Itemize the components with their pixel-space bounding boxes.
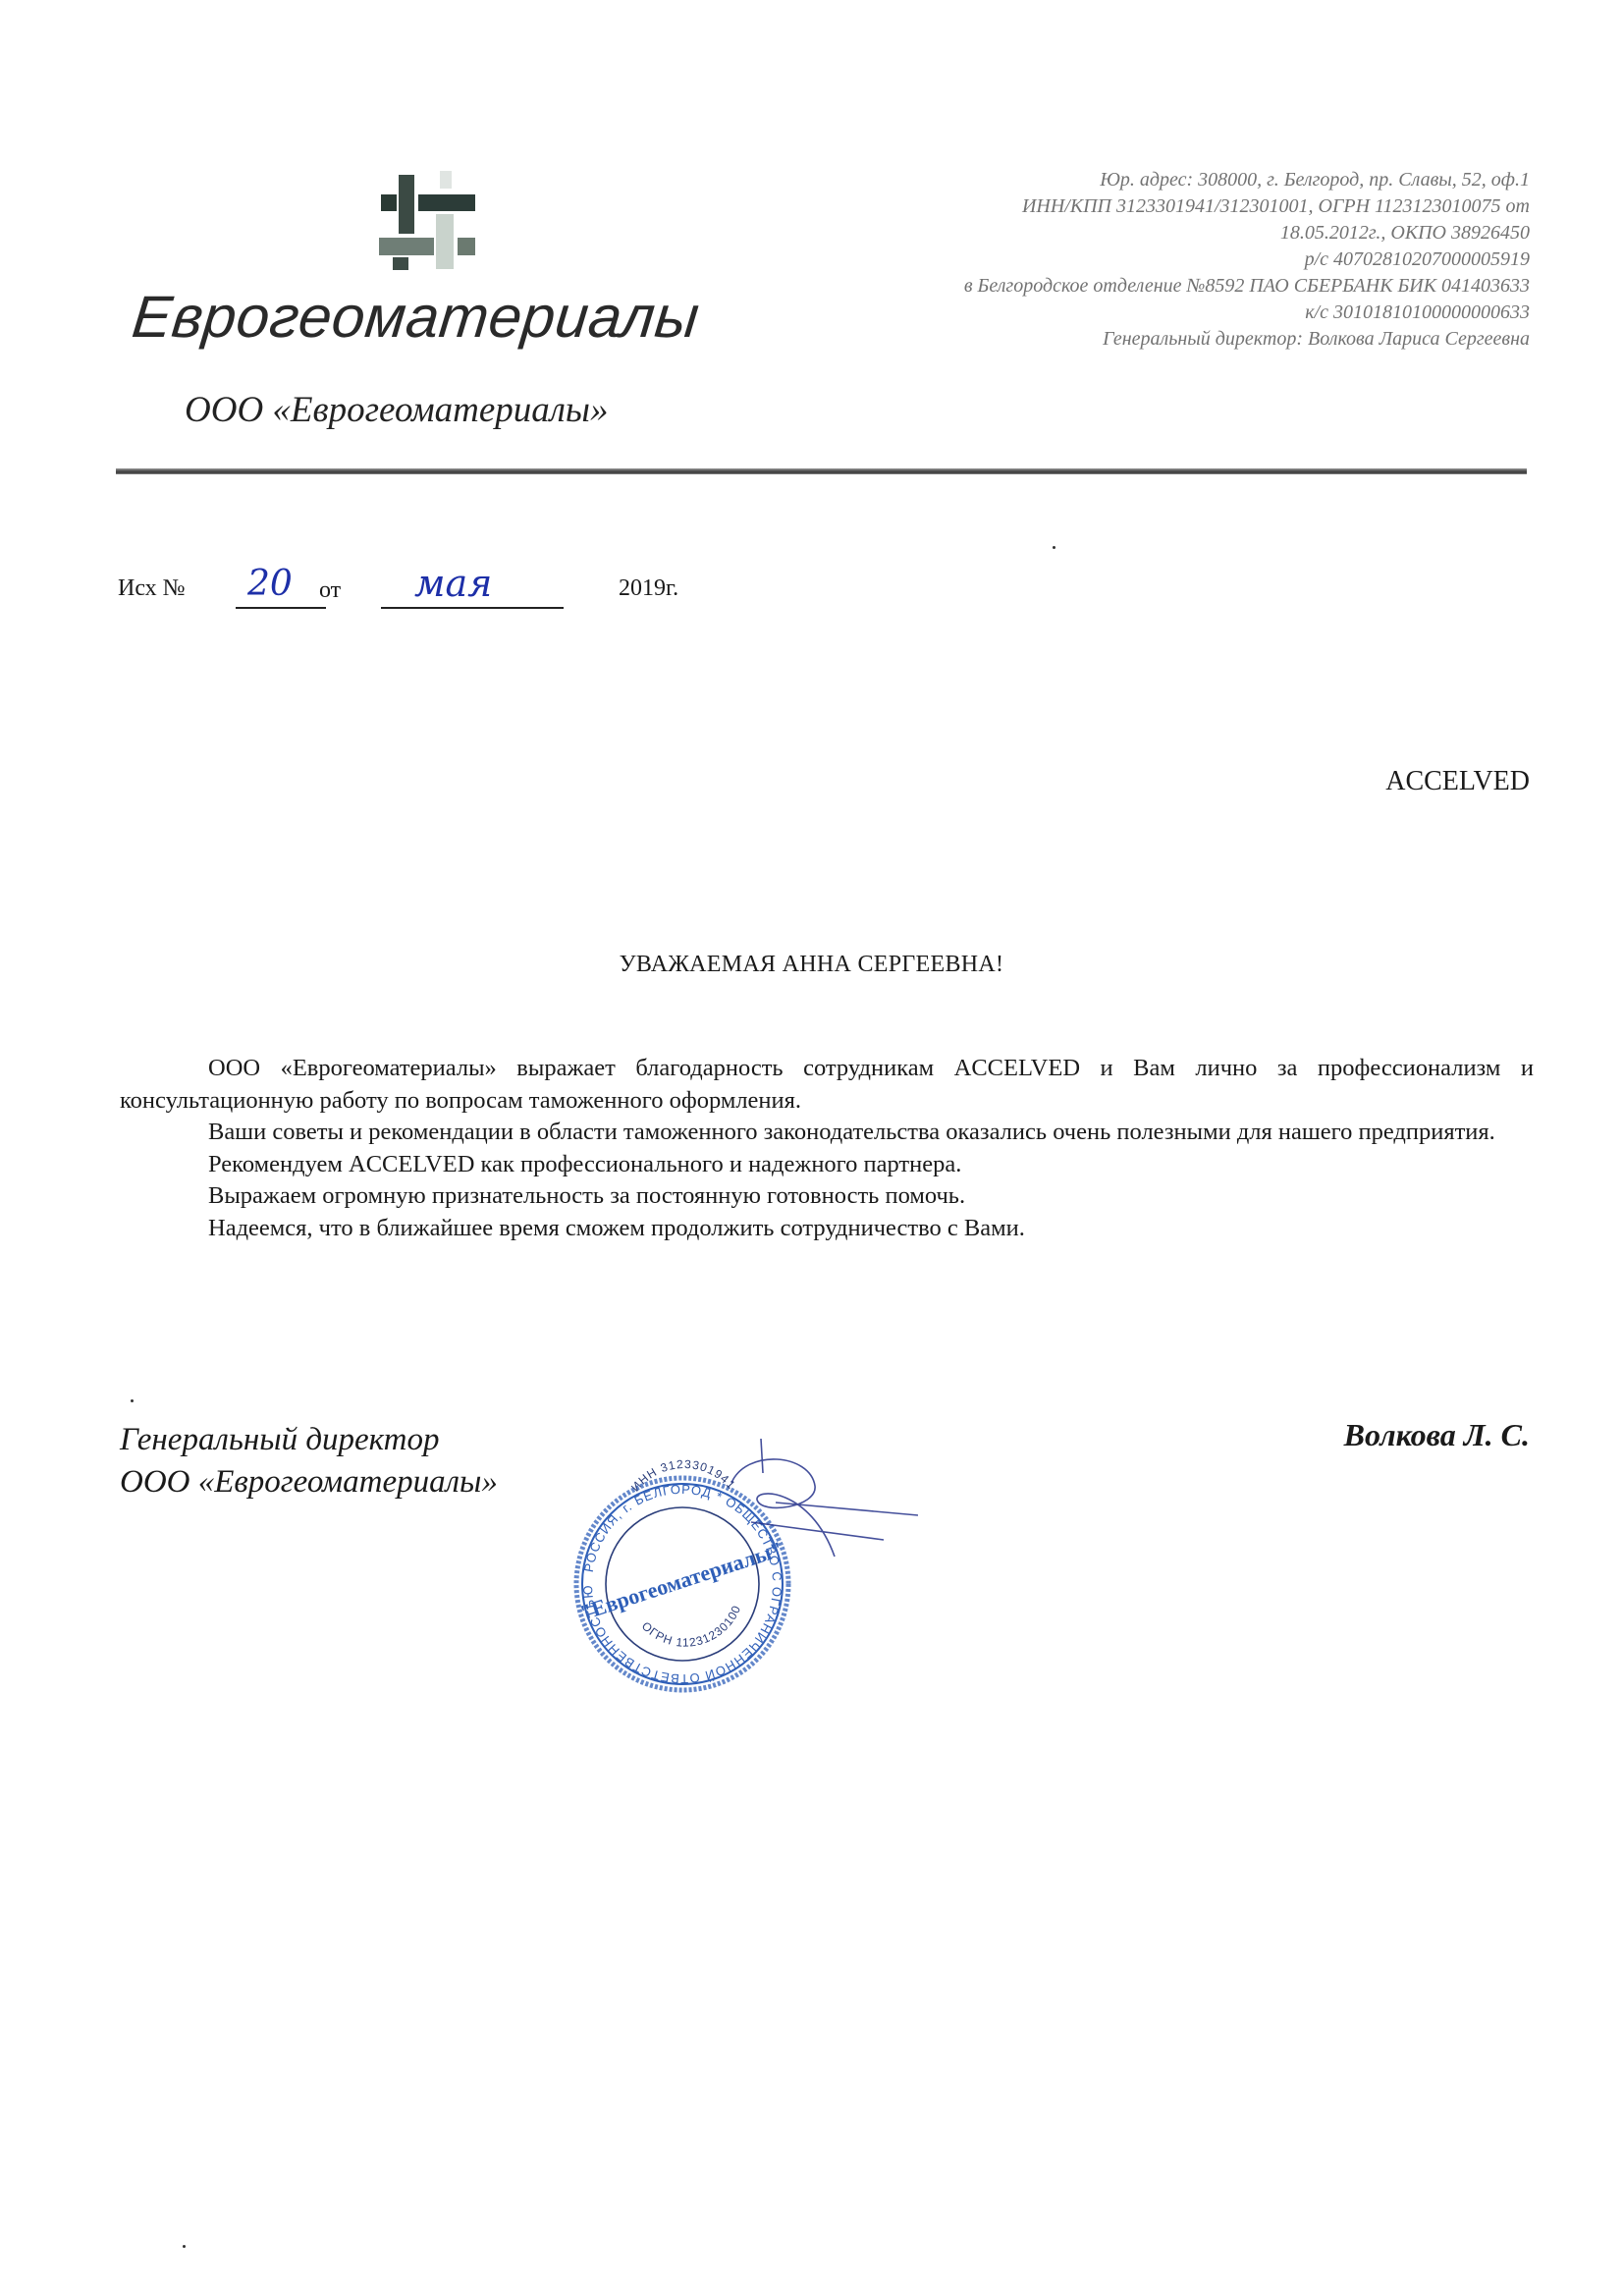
from-label: от — [319, 577, 341, 604]
scan-artifact — [131, 1399, 134, 1402]
outgoing-year: 2019г. — [619, 575, 678, 602]
signer-name: Волкова Л. С. — [1344, 1417, 1530, 1453]
outgoing-label: Исх № — [118, 575, 186, 602]
requisite-account: р/с 40702810207000005919 — [964, 246, 1530, 273]
company-logo-icon — [371, 167, 481, 270]
requisite-corr-account: к/с 30101810100000000633 — [964, 300, 1530, 326]
scan-artifact — [1053, 546, 1055, 549]
signer-company: ООО «Еврогеоматериалы» — [120, 1461, 498, 1503]
outgoing-number: 20 — [247, 564, 293, 604]
body-paragraph: Надеемся, что в ближайшее время сможем п… — [120, 1213, 1534, 1245]
requisite-bank: в Белгородское отделение №8592 ПАО СБЕРБ… — [964, 273, 1530, 300]
company-requisites: Юр. адрес: 308000, г. Белгород, пр. Слав… — [964, 167, 1530, 353]
requisite-address: Юр. адрес: 308000, г. Белгород, пр. Слав… — [964, 167, 1530, 193]
body-paragraph: ООО «Еврогеоматериалы» выражает благодар… — [120, 1053, 1534, 1117]
company-legal-name: ООО «Еврогеоматериалы» — [185, 389, 608, 431]
body-paragraph: Выражаем огромную признательность за пос… — [120, 1180, 1534, 1213]
signer-position: Генеральный директор — [120, 1419, 498, 1461]
requisite-director: Генеральный директор: Волкова Лариса Сер… — [964, 326, 1530, 353]
company-wordmark: Еврогеоматериалы — [129, 283, 702, 351]
body-paragraph: Рекомендуем ACCELVED как профессионально… — [120, 1149, 1534, 1181]
company-stamp-icon: РОССИЯ, г. БЕЛГОРОД * ОБЩЕСТВО С ОГРАНИЧ… — [565, 1429, 918, 1723]
scan-artifact — [183, 2245, 186, 2248]
header-divider — [116, 468, 1527, 474]
body-paragraph: Ваши советы и рекомендации в области там… — [120, 1117, 1534, 1149]
recipient: ACCELVED — [1385, 766, 1530, 797]
salutation: УВАЖАЕМАЯ АННА СЕРГЕЕВНА! — [0, 952, 1623, 978]
letter-body: ООО «Еврогеоматериалы» выражает благодар… — [120, 1053, 1534, 1244]
number-underline — [236, 607, 326, 609]
month-underline — [381, 607, 564, 609]
signer-title: Генеральный директор ООО «Еврогеоматериа… — [120, 1419, 498, 1503]
requisite-okpo: 18.05.2012г., ОКПО 38926450 — [964, 220, 1530, 246]
outgoing-month: мая — [414, 562, 492, 605]
requisite-inn-kpp: ИНН/КПП 3123301941/312301001, ОГРН 11231… — [964, 193, 1530, 220]
